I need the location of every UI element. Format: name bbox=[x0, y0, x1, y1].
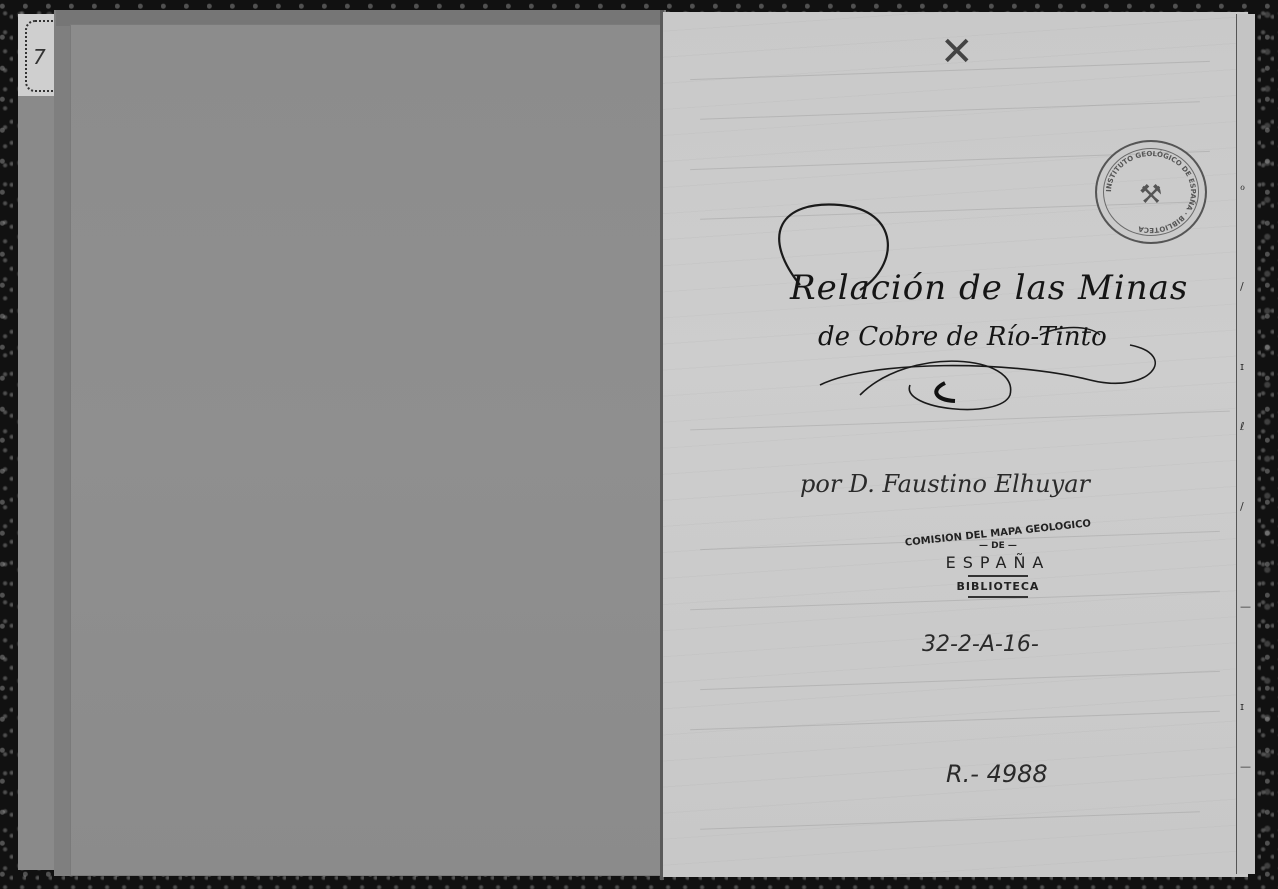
cross-mark: ✕ bbox=[940, 32, 974, 72]
stamp-library: BIBLIOTECA bbox=[898, 580, 1098, 593]
spine-label-number: 7 bbox=[33, 45, 46, 69]
crossed-hammers-icon: ⚒ bbox=[1139, 180, 1162, 210]
register-number: R.- 4988 bbox=[946, 760, 1048, 788]
author-line: por D. Faustino Elhuyar bbox=[800, 470, 1090, 498]
spine-strip bbox=[18, 96, 56, 870]
institute-seal: INSTITUTO GEOLÓGICO DE ESPAÑA · BIBLIOTE… bbox=[1095, 140, 1207, 244]
stamp-rule bbox=[968, 575, 1028, 577]
shelf-mark: 32-2-A-16- bbox=[922, 632, 1039, 657]
page-edge-markings: ℴ / ɪ ℓ / — ɪ — bbox=[1240, 180, 1254, 780]
left-page-endpaper bbox=[70, 24, 662, 876]
spine-label: 7 bbox=[18, 14, 56, 98]
stamp-country: ESPAÑA bbox=[898, 553, 1098, 572]
stamp-rule bbox=[968, 596, 1028, 598]
document-title-line2: de Cobre de Río-Tinto bbox=[818, 322, 1107, 352]
document-title-line1: Relación de las Minas bbox=[790, 268, 1188, 308]
library-stamp: COMISION DEL MAPA GEOLOGICO — DE — ESPAÑ… bbox=[898, 528, 1098, 601]
